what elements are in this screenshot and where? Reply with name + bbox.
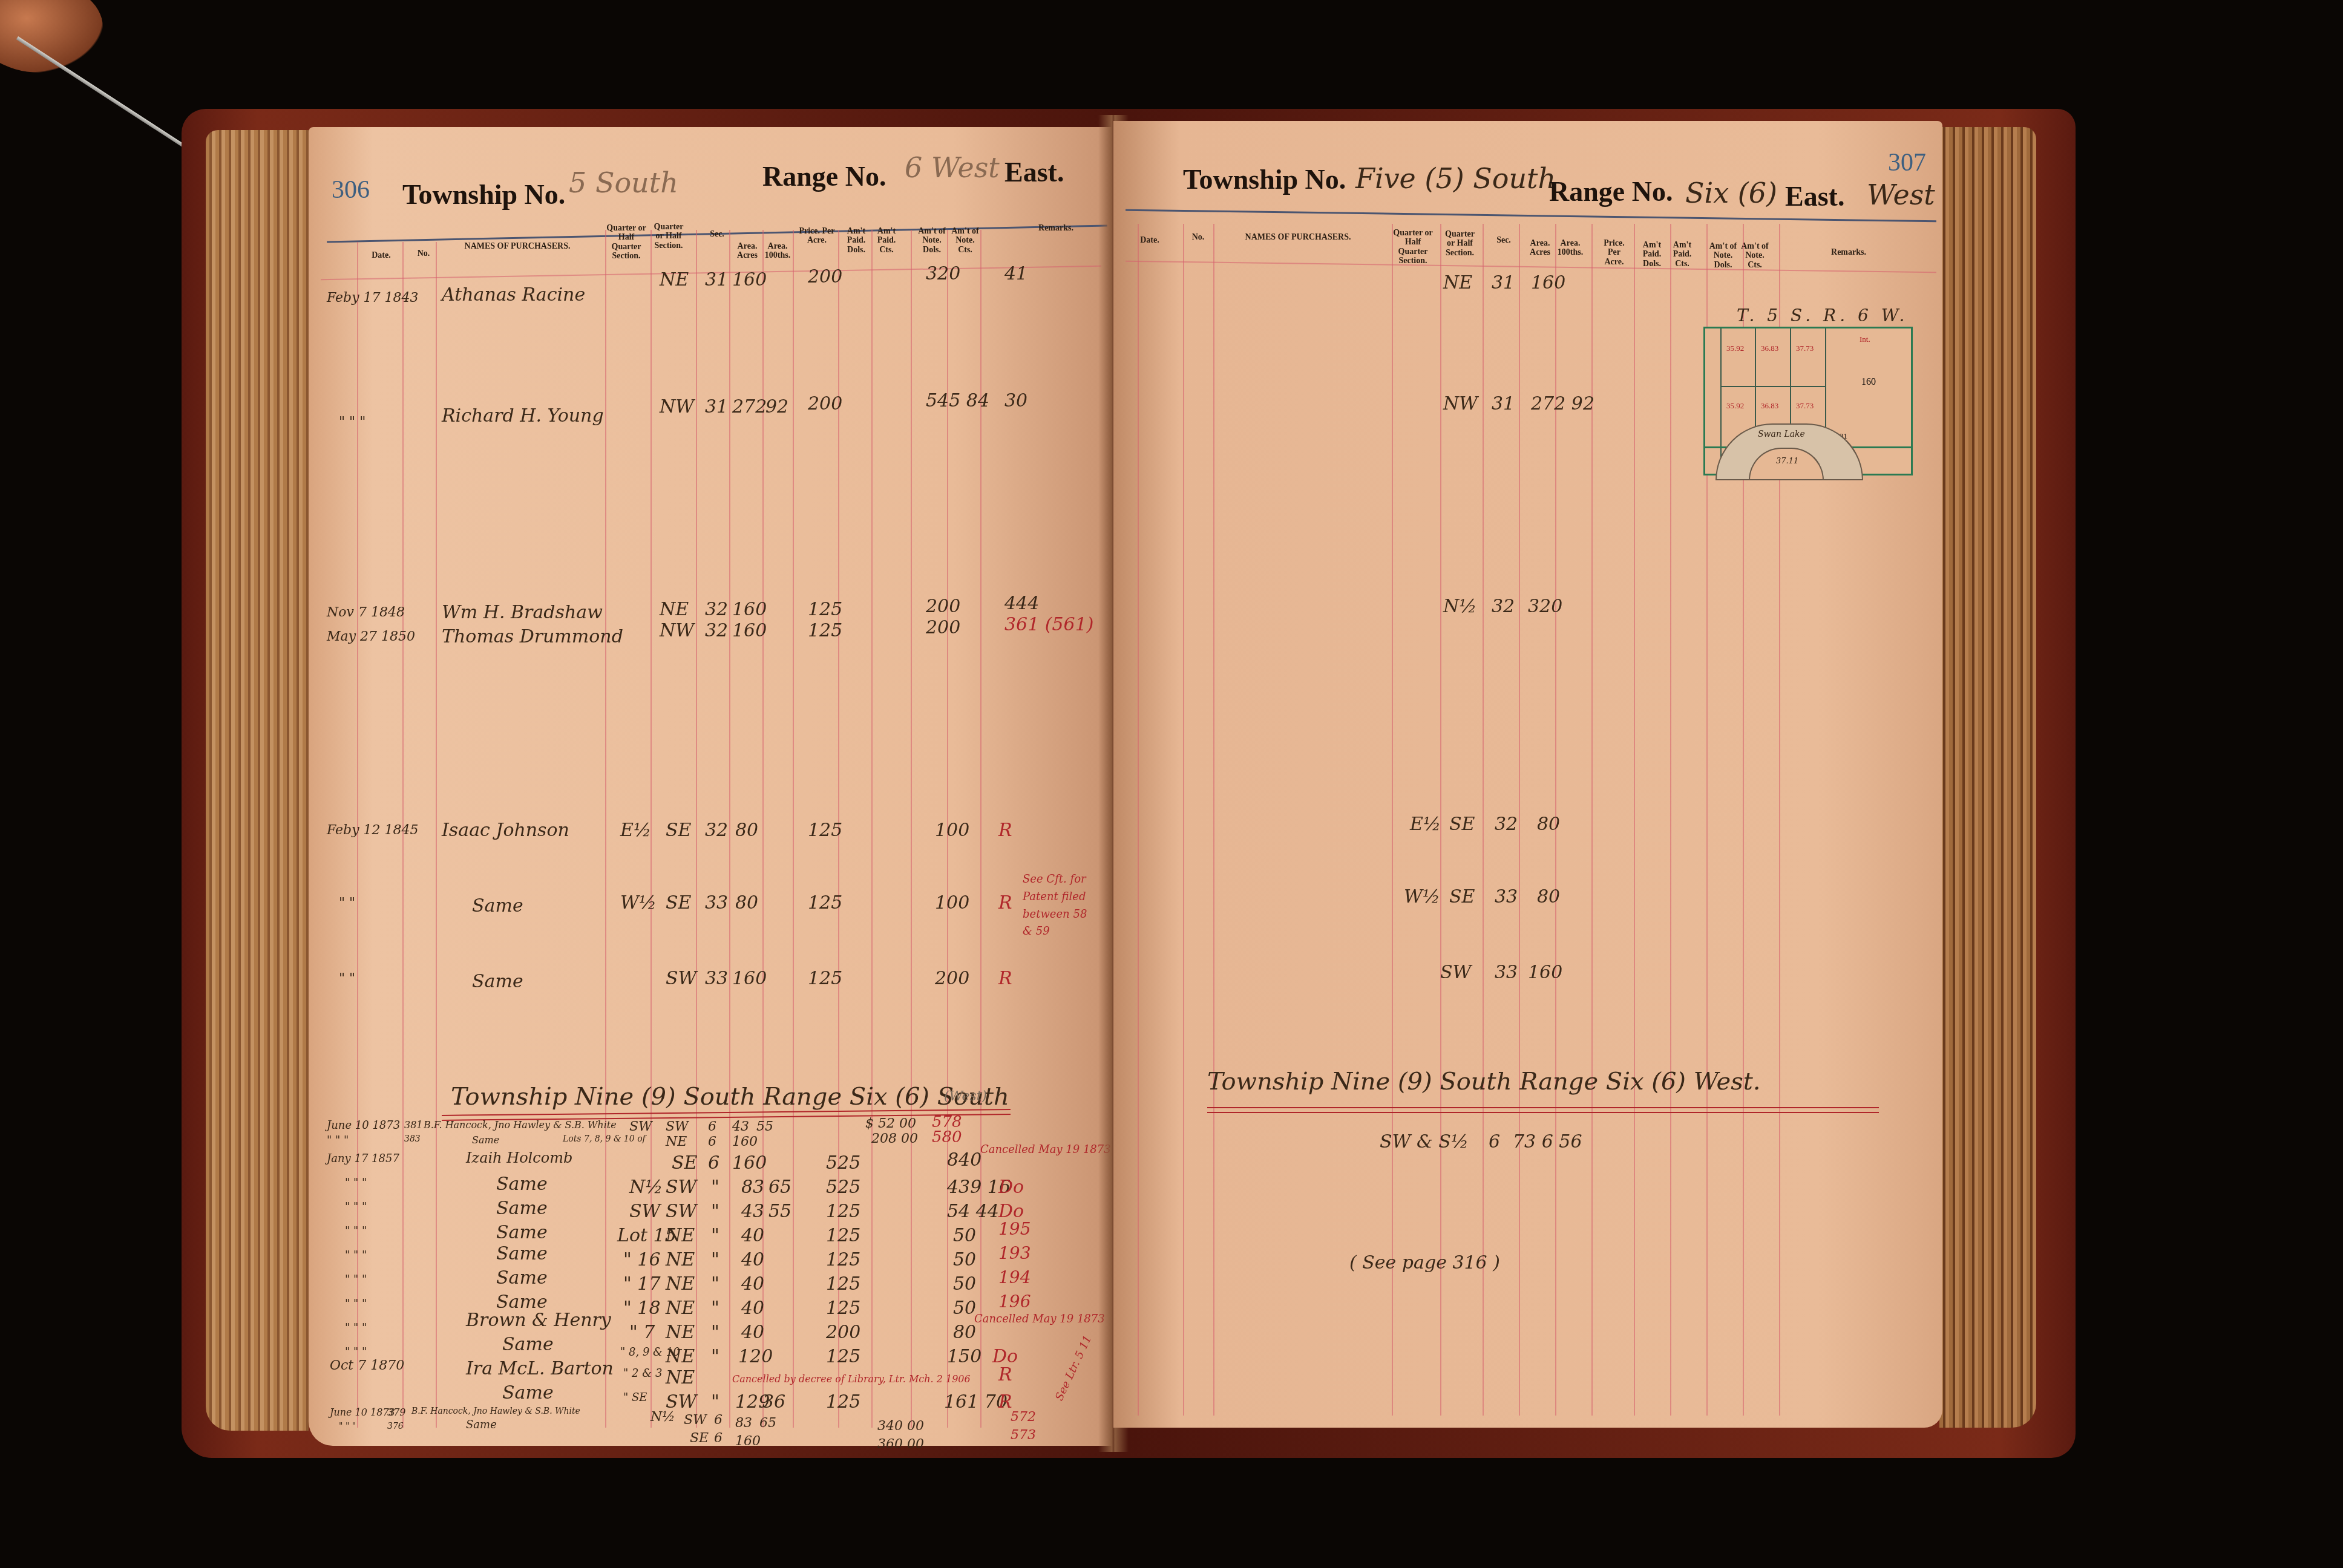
col-acres: Area. Acres [732,242,762,261]
plat-quarter: 160 [1861,377,1876,388]
right-page-number: 307 [1888,148,1926,177]
right-direction-label: East. [1785,180,1844,212]
right-subsection-title: Township Nine (9) South Range Six (6) We… [1207,1068,1761,1096]
plat-title: T. 5 S. R. 6 W. [1737,305,1908,325]
col-date: Date. [363,251,399,260]
right-township-value: Five (5) South [1355,162,1556,195]
col-paid-dols: Am't Paid. Dols. [841,227,871,255]
col-names: NAMES OF PURCHASERS. [448,242,587,251]
right-subsection-acres: 73 6 56 [1513,1131,1582,1152]
right-direction-value: West [1867,178,1935,211]
page-edges-left [206,130,309,1431]
pointer-rod [16,36,206,162]
left-direction-label: East. [1004,156,1064,188]
col-sec: Sec. [708,230,726,239]
col-qq-section: Quarter or Half Quarter Section. [605,224,647,261]
col-price: Price. Per Acre. [799,227,835,246]
right-subsection-sec: 6 [1489,1131,1500,1152]
left-page-number: 306 [332,175,370,204]
lake-inner-value: 37.11 [1776,457,1798,466]
see-page-note: ( See page 316 ) [1349,1252,1500,1273]
right-range-label: Range No. [1549,175,1673,207]
red-double-underline [1207,1107,1879,1113]
left-range-value: 6 West [905,151,1000,184]
col-hundredths: Area. 100ths. [762,242,793,261]
col-no: No. [411,249,436,258]
right-range-value: Six (6) [1685,177,1777,209]
left-subsection-title: Township Nine (9) South Range Six (6) So… [451,1083,1009,1111]
left-township-value: 5 South [569,166,678,199]
lake-label: Swan Lake [1758,430,1805,439]
left-township-label: Township No. [402,178,565,211]
col-paid-cts: Am't Paid. Cts. [871,227,902,255]
col-note-dols: Am't of Note. Dols. [914,227,950,255]
left-subsection-annotation: (West) [944,1089,987,1104]
cancelled-note: Cancelled by decree of Library, Ltr. Mch… [732,1373,971,1385]
bracket-note: See Cft. for Patent filed between 58 & 5… [1023,871,1095,941]
col-q-section: Quarter or Half Section. [650,223,687,250]
left-range-label: Range No. [762,160,886,192]
page-edges-right [1939,127,2036,1428]
right-township-label: Township No. [1183,163,1346,195]
col-remarks: Remarks. [1029,224,1083,233]
right-subsection-q: SW & S½ [1380,1131,1469,1152]
col-note-cts: Am't of Note. Cts. [950,227,980,255]
left-page [309,127,1113,1446]
